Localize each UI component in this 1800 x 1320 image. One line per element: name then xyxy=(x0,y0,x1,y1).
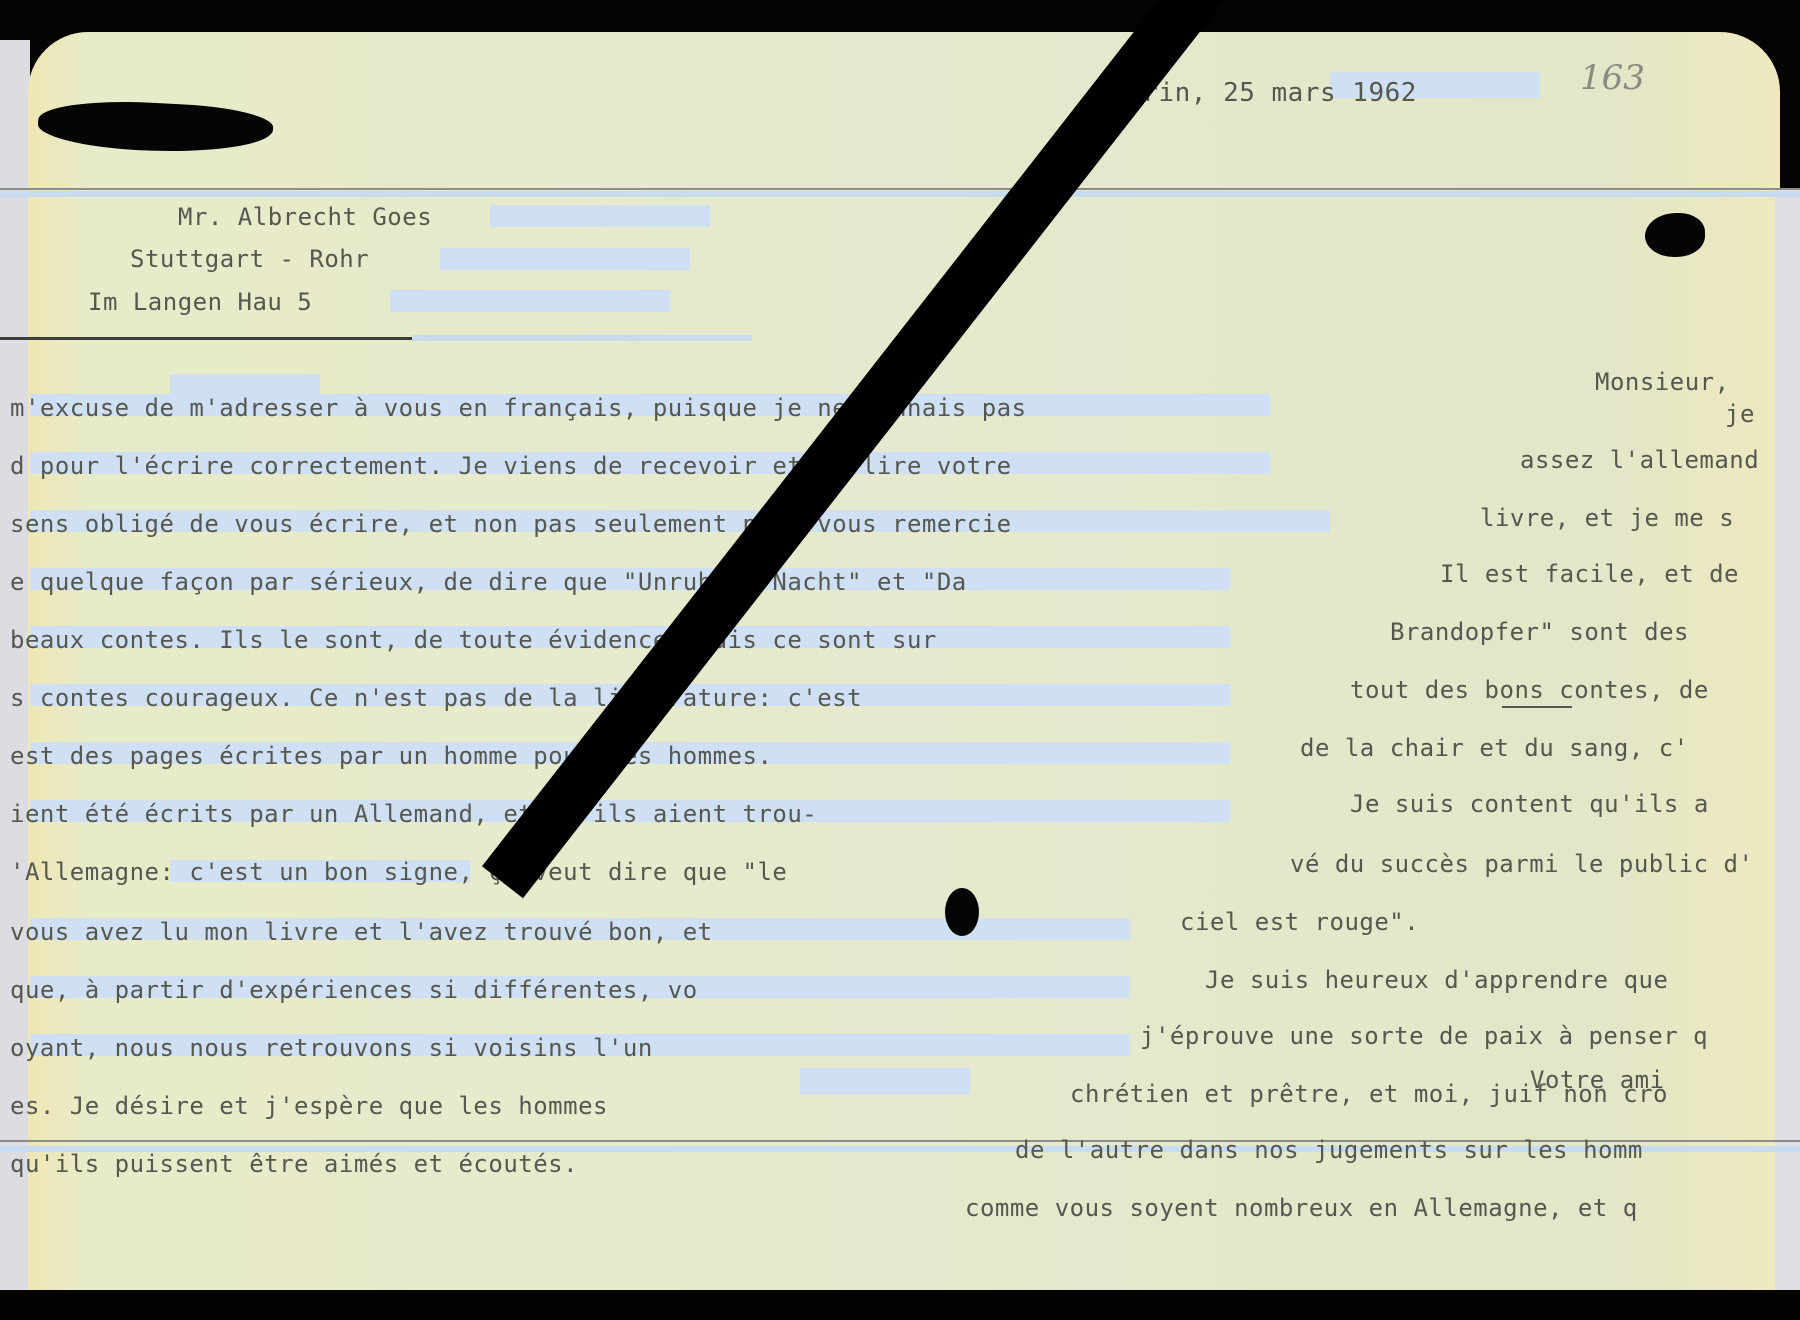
body-line: es. Je désire et j'espère que les hommes xyxy=(10,1092,608,1120)
ghost-text xyxy=(490,205,710,227)
body-line: qu'ils puissent être aimés et écoutés. xyxy=(10,1150,578,1178)
body-line: que, à partir d'expériences si différent… xyxy=(10,976,698,1004)
body-line: e quelque façon par sérieux, de dire que… xyxy=(10,568,967,596)
address-rule-ghost xyxy=(412,335,752,341)
ink-blot xyxy=(945,888,979,936)
body-line-right: Je suis heureux d'apprendre que xyxy=(1205,966,1668,994)
top-rule-shadow xyxy=(0,191,1800,197)
recipient-name: Mr. Albrecht Goes xyxy=(178,203,432,231)
underline-bons xyxy=(1502,706,1572,708)
body-line-right: Je suis content qu'ils a xyxy=(1350,790,1709,818)
ghost-text xyxy=(440,248,690,270)
body-line-right: Il est facile, et de xyxy=(1440,560,1739,588)
body-line-right: livre, et je me s xyxy=(1480,504,1734,532)
ink-blot xyxy=(1645,213,1705,257)
body-line: est des pages écrites par un homme pour … xyxy=(10,742,772,770)
ghost-text xyxy=(390,290,670,312)
recipient-street: Im Langen Hau 5 xyxy=(88,288,312,316)
body-line-right: comme vous soyent nombreux en Allemagne,… xyxy=(965,1194,1638,1222)
body-line-right: de l'autre dans nos jugements sur les ho… xyxy=(1015,1136,1643,1164)
body-line: beaux contes. Ils le sont, de toute évid… xyxy=(10,626,937,654)
body-line-right: vé du succès parmi le public d' xyxy=(1290,850,1753,878)
top-rule-line xyxy=(0,188,1800,190)
body-line-right: Brandopfer" sont des xyxy=(1390,618,1689,646)
body-line: vous avez lu mon livre et l'avez trouvé … xyxy=(10,918,713,946)
scan-right-margin xyxy=(1775,190,1800,1290)
body-line-right: assez l'allemand xyxy=(1520,446,1759,474)
closing: Votre ami xyxy=(1530,1066,1665,1094)
body-line: sens obligé de vous écrire, et non pas s… xyxy=(10,510,1012,538)
body-line: s contes courageux. Ce n'est pas de la l… xyxy=(10,684,862,712)
body-line-right: ciel est rouge". xyxy=(1180,908,1419,936)
body-line-right: je xyxy=(1725,400,1755,428)
address-rule xyxy=(0,337,412,340)
body-line: ient été écrits par un Allemand, et qu'i… xyxy=(10,800,817,828)
body-line-right: de la chair et du sang, c' xyxy=(1300,734,1689,762)
recipient-city: Stuttgart - Rohr xyxy=(130,245,369,273)
ghost-text xyxy=(170,374,320,396)
page-number: 163 xyxy=(1580,58,1645,98)
body-line-right: tout des bons contes, de xyxy=(1350,676,1709,704)
salutation: Monsieur, xyxy=(1595,368,1730,396)
body-line: 'Allemagne: c'est un bon signe, ça veut … xyxy=(10,858,787,886)
scan-bottom-edge xyxy=(0,1290,1800,1320)
ghost-closing xyxy=(800,1068,970,1094)
body-line-right: j'éprouve une sorte de paix à penser q xyxy=(1140,1022,1708,1050)
body-line: oyant, nous nous retrouvons si voisins l… xyxy=(10,1034,653,1062)
